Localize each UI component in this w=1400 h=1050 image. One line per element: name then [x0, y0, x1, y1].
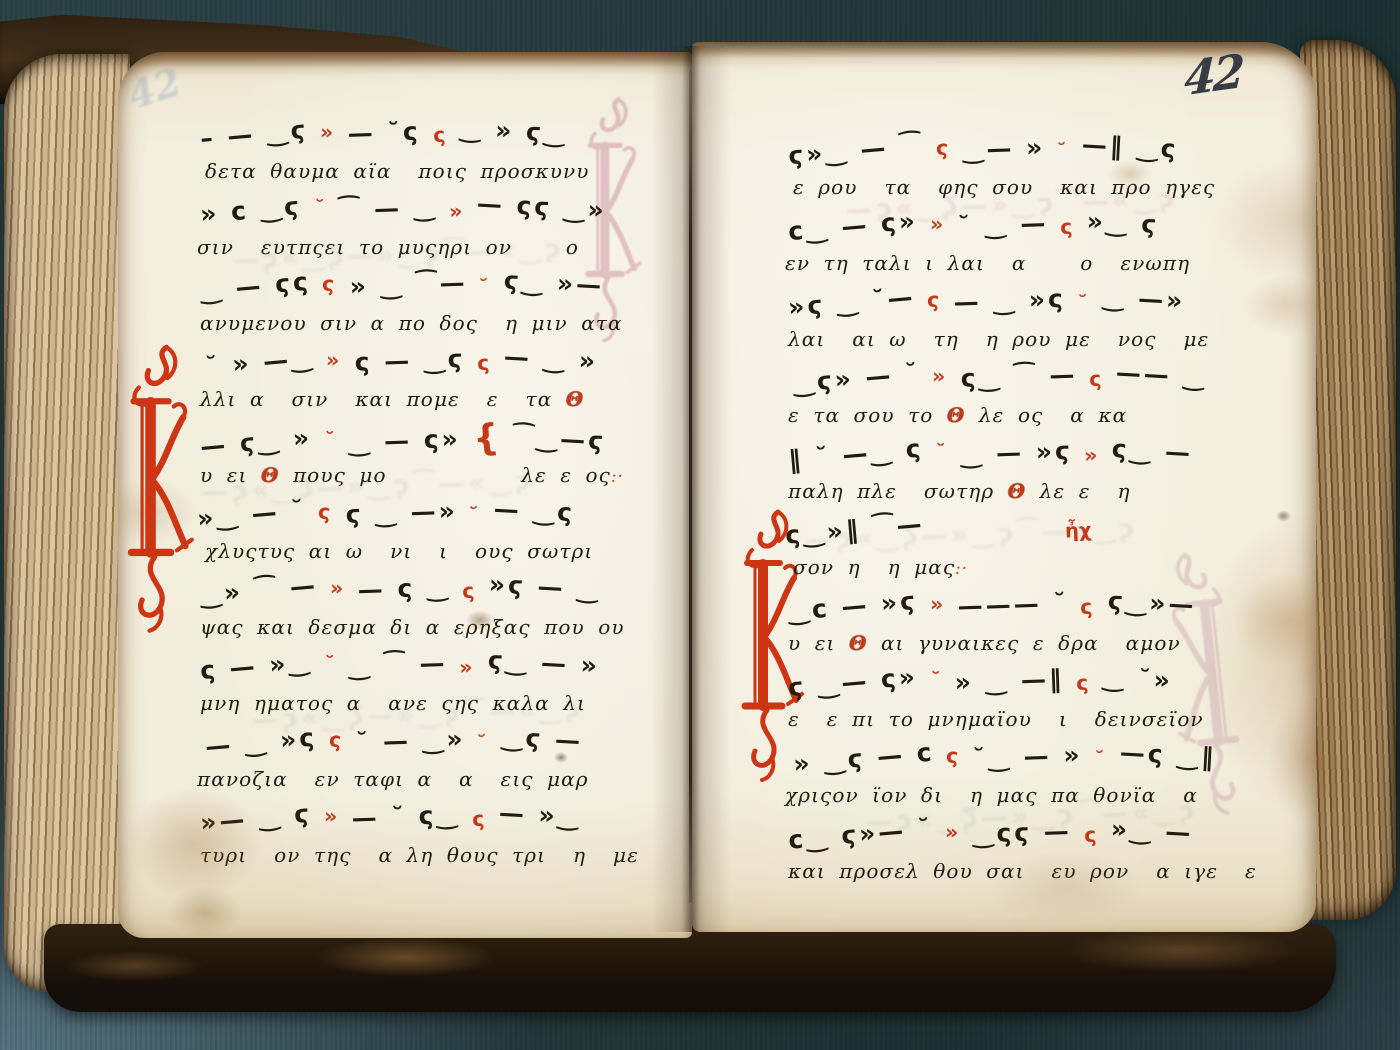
- ink-black-segment: ‿ » ϛ‿: [447, 109, 568, 153]
- lyric-text-line: ε τα σου το Θ λε ος α κα: [788, 396, 1262, 434]
- neume-notation-line: » ‿ϛ — c ς ˘‿ — » ˘ —ς ‿‖: [793, 738, 1262, 776]
- lyric-text-line: πανοζια εν ταφι α α εις μαρ: [197, 760, 662, 798]
- ink-black-segment: ϛ‿ — »: [475, 641, 601, 685]
- ink-black-segment: »‿ —: [1098, 810, 1194, 853]
- ink-black-segment: ˘ ‿ —: [945, 204, 1060, 246]
- ink-black-segment: ϛ‿ »—: [491, 261, 605, 305]
- ink-black-segment: χλυςτυς αι ω νι ι ους σωτρι: [205, 532, 593, 570]
- left-page-text-block: – — ‿ϛ » — ˘ς ς ‿ » ϛ‿δετα θαυμα αϊα ποι…: [200, 114, 662, 874]
- page-number: 42: [1183, 44, 1242, 107]
- ink-black-segment: δετα θαυμα αϊα ποις προσκυνυ: [205, 152, 590, 190]
- ink-black-segment: » ‿ ⁀—: [337, 264, 480, 307]
- lyric-text-line: υ ει Θ πους μο λε ε ος:·: [200, 456, 662, 494]
- neume-notation-line: ‖ ˘ —‿ ς ˘ ‿ — »ϛ » ς‿ —: [788, 434, 1262, 472]
- ink-black-segment: »‿ ϛ: [1074, 202, 1160, 244]
- ink-black-segment: ‿ ˘»: [1090, 658, 1174, 700]
- ink-black-segment: ε τα σου το: [788, 396, 947, 434]
- ink-black-segment: μνη ηματος α ανε ςης καλα λι: [200, 684, 586, 722]
- ink-black-segment: — ‿ »: [491, 337, 599, 380]
- neume-notation-line: ϛ»‿ — ⁀ ς ‿— » ˘ —‖ ‿ς: [788, 130, 1262, 168]
- mode-signature-mark: ἦχ: [1064, 512, 1092, 551]
- neume-notation-line: ς‿»‖ ⁀— ἦχ: [785, 510, 1262, 548]
- ink-red-segment: »: [931, 357, 949, 396]
- ink-black-segment: σον η η μας: [793, 548, 955, 586]
- lyric-text-line: ανυμενου σιν α πο δος η μιν ατα: [200, 304, 662, 342]
- lyric-text-line: λλι α σιν και πομε ε τα Θ: [200, 380, 662, 418]
- ink-black-segment: ε ρου τα φης σου και προ ηγες: [793, 168, 1215, 206]
- neume-notation-line: – — ‿ϛ » — ˘ς ς ‿ » ϛ‿: [200, 114, 662, 152]
- lyric-text-line: τυρι ον της α λη θους τρι η με: [200, 836, 662, 874]
- lyric-text-line: χλυςτυς αι ω νι ι ους σωτρι: [205, 532, 662, 570]
- neume-notation-line: ‿c — »ϛ » ——— ˘ ς ϛ‿»—: [788, 586, 1262, 624]
- ink-black-segment: ς‿ —: [1100, 430, 1195, 473]
- ink-black-segment: ‿ ⁀ —: [336, 644, 459, 686]
- ink-red-segment: ς: [1079, 587, 1097, 626]
- neume-notation-line: ς — »‿ ˘ ‿ ⁀ — » ϛ‿ — »: [200, 646, 662, 684]
- ink-black-segment: —— ‿: [1103, 353, 1208, 396]
- red-theta-mark: Θ: [261, 456, 280, 494]
- ink-black-segment: εν τη ταλι ι λαι α ο ενωπη: [785, 244, 1190, 282]
- lyric-text-line: λαι αι ω τη η ρου με νος με: [788, 320, 1262, 358]
- ink-black-segment: [924, 504, 1066, 549]
- ink-red-segment: »: [929, 205, 947, 244]
- ink-red-segment: »: [329, 569, 347, 608]
- neume-notation-line: ˘ » —‿ » ς — ‿ϛ ς — ‿ »: [205, 342, 662, 380]
- ink-red-segment: ς: [322, 265, 339, 304]
- ink-black-segment: ‿ —»: [1090, 278, 1186, 321]
- ink-black-segment: πους μο: [279, 456, 386, 494]
- ink-black-segment: — ‿ »ς: [942, 280, 1079, 323]
- ink-black-segment: — ςϛ ‿»: [465, 184, 608, 229]
- ink-red-segment: ς: [935, 129, 952, 168]
- ink-black-segment: τυρι ον της α λη θους τρι η με: [200, 836, 639, 874]
- ink-red-segment: :·: [611, 458, 624, 496]
- ink-black-segment: ‿ςϛ —: [961, 812, 1085, 854]
- ink-black-segment: » c ‿ϛ: [199, 186, 315, 234]
- ink-red-segment: ˘: [934, 433, 949, 472]
- left-page: 42 ς‿»—⁀ϛ‿«—ζ‿»ς— ς‿»—⁀ϛ‿«—ζ‿»ς— ς‿»—⁀ϛ‿…: [118, 52, 692, 938]
- ink-red-segment: »: [326, 341, 344, 380]
- neume-notation-line: ‿ϛ» — ˘ » ς‿ ⁀ — ς —— ‿: [793, 358, 1262, 396]
- ink-black-segment: ——— ˘: [945, 584, 1081, 627]
- ink-black-segment: ⁀‿—ϛ: [501, 417, 608, 460]
- ink-black-segment: – — ‿ϛ: [199, 110, 322, 158]
- ink-black-segment: ψας και δεσμα δι α ερηξας που ου: [200, 608, 625, 646]
- ink-red-segment: »: [458, 647, 478, 686]
- ink-red-segment: ς: [1087, 359, 1105, 398]
- ink-black-segment: »‿ — ˘: [196, 490, 320, 538]
- ink-black-segment: παλη πλε σωτηρ: [788, 472, 1008, 510]
- neume-notation-line: c‿ ϛ»— ˘ » ‿ςϛ — ς »‿ —: [788, 814, 1262, 852]
- red-hook-mark: {: [471, 418, 503, 458]
- ink-black-segment: λε ος α κα: [965, 396, 1127, 434]
- ink-black-segment: ˘ — ‿»: [343, 720, 477, 763]
- illuminated-initial-K: [122, 336, 196, 642]
- lyric-text-line: παλη πλε σωτηρ Θ λε ε η: [788, 472, 1262, 510]
- ink-black-segment: σιν ευτπςει το μυςηρι ον ο: [197, 228, 579, 266]
- ink-black-segment: ε ε πι το μνημαϊου ι δεινσεϊον: [788, 700, 1204, 738]
- red-theta-mark: Θ: [566, 380, 585, 418]
- neume-notation-line: — ϛ‿ » ˘ ‿ — ς» { ⁀‿—ϛ: [200, 418, 662, 456]
- ink-black-segment: ϛ‿»—: [1095, 581, 1197, 624]
- lyric-text-line: σον η η μας:·: [793, 548, 1262, 586]
- neume-notation-line: »— ‿ ϛ » — ˘ ς‿ ς — »‿: [200, 798, 662, 836]
- ink-black-segment: και προσελ θου σαι ευ ρον α ιγε ε: [788, 852, 1257, 890]
- ink-black-segment: — ˘ς: [336, 112, 434, 153]
- ink-black-segment: ‿ — ς»: [336, 420, 473, 463]
- ink-black-segment: αι γυναικες ε δρα αμον: [867, 624, 1180, 662]
- ink-black-segment: ‿— »: [950, 128, 1057, 170]
- neume-notation-line: ‿ — ϛς ς » ‿ ⁀— ˘ ϛ‿ »—: [200, 266, 662, 304]
- ink-black-segment: ‿ — ϛς: [199, 262, 324, 311]
- stain: [168, 886, 242, 938]
- ink-black-segment: λε ε ος: [521, 456, 611, 494]
- right-page: 42 ς‿»—⁀ϛ‿«—ζ‿»ς— ς‿»—⁀ϛ‿«—ζ‿»ς— ς‿»—⁀ϛ‿…: [692, 42, 1316, 932]
- lyric-text-line: δετα θαυμα αϊα ποις προσκυνυ: [205, 152, 662, 190]
- ink-black-segment: ϛ ‿ —»: [333, 492, 470, 535]
- lyric-text-line: ε ε πι το μνημαϊου ι δεινσεϊον: [788, 700, 1262, 738]
- ink-black-segment: — »‿: [486, 794, 582, 837]
- ink-black-segment: —ς ‿‖: [1107, 733, 1217, 777]
- lyric-text-line: εν τη ταλι ι λαι α ο ενωπη: [785, 244, 1262, 282]
- right-page-text-block: ϛ»‿ — ⁀ ς ‿— » ˘ —‖ ‿ςε ρου τα φης σου κ…: [788, 130, 1262, 890]
- neume-notation-line: c‿ — ς» » ˘ ‿ — ς »‿ ϛ: [788, 206, 1262, 244]
- ink-black-segment: ς — ‿ϛ: [342, 340, 477, 383]
- ink-black-segment: — ς ‿: [345, 568, 463, 610]
- lyric-text-line: χριςον ϊον δι η μας πα θονϊα α: [785, 776, 1262, 814]
- red-theta-mark: Θ: [849, 624, 868, 662]
- lyric-text-line: υ ει Θ αι γυναικες ε δρα αμον: [788, 624, 1262, 662]
- lyric-text-line: μνη ηματος α ανε ςης καλα λι: [200, 684, 662, 722]
- ink-black-segment: χριςον ϊον δι η μας πα θονϊα α: [785, 776, 1198, 814]
- ink-black-segment: ˘ » —‿: [204, 338, 328, 386]
- ink-black-segment: ˘‿ — »: [961, 736, 1095, 779]
- lyric-text-line: σιν ευτπςει το μυςηρι ον ο: [197, 228, 662, 266]
- ghost-page-number: 42: [122, 59, 186, 118]
- ink-black-segment: λλι α σιν και πομε ε τα: [200, 380, 566, 418]
- ink-red-segment: »: [929, 585, 947, 624]
- ink-black-segment: ‿ϛ —: [490, 718, 585, 761]
- ink-black-segment: λε ε η: [1026, 472, 1130, 510]
- ink-black-segment: πανοζια εν ταφι α α εις μαρ: [197, 760, 589, 798]
- ink-black-segment: ⁀ — ‿: [326, 188, 449, 230]
- neume-notation-line: »ϛ ‿ ˘— ς — ‿ »ς ˘ ‿ —»: [788, 282, 1262, 320]
- ink-black-segment: —‖ ‿ς: [1069, 125, 1179, 169]
- page-block-left-edge: [4, 54, 130, 992]
- lyric-text-line: ψας και δεσμα δι α ερηξας που ου: [200, 608, 662, 646]
- neume-notation-line: — ‿ »ς ς ˘ — ‿» ˘ ‿ϛ —: [205, 722, 662, 760]
- lyric-text-line: ε ρου τα φης σου και προ ηγες: [793, 168, 1262, 206]
- neume-notation-line: ‿» ⁀ — » — ς ‿ ς »ϛ — ‿: [200, 570, 662, 608]
- ink-red-segment: :·: [955, 550, 968, 588]
- red-theta-mark: Θ: [1008, 472, 1027, 510]
- red-theta-mark: Θ: [947, 396, 966, 434]
- ink-black-segment: ‿ — »ϛ: [948, 432, 1085, 475]
- ink-red-segment: ς: [318, 493, 335, 532]
- stain: [1276, 510, 1291, 522]
- lyric-text-line: και προσελ θου σαι ευ ρον α ιγε ε: [788, 852, 1262, 890]
- ink-black-segment: λαι αι ω τη η ρου με νος με: [788, 320, 1209, 358]
- ink-black-segment: »ϛ — ‿: [477, 565, 603, 609]
- ink-black-segment: [387, 456, 522, 494]
- ink-black-segment: — ‿ς: [482, 490, 577, 533]
- neume-notation-line: » c ‿ϛ ˘ ⁀ — ‿ » — ςϛ ‿»: [200, 190, 662, 228]
- ink-black-segment: ανυμενου σιν α πο δος η μιν ατα: [200, 304, 623, 342]
- neume-notation-line: »‿ — ˘ ς ϛ ‿ —» ˘ — ‿ς: [197, 494, 662, 532]
- ink-red-segment: »: [323, 797, 341, 836]
- neume-notation-line: ϛ ‿— ς» ˘ » ‿ —‖ ς ‿ ˘»: [788, 662, 1262, 700]
- ink-black-segment: » ‿ —‖: [942, 660, 1076, 703]
- ink-black-segment: — ˘ ς‿: [339, 796, 472, 839]
- ink-black-segment: ς‿ ⁀ —: [948, 356, 1089, 399]
